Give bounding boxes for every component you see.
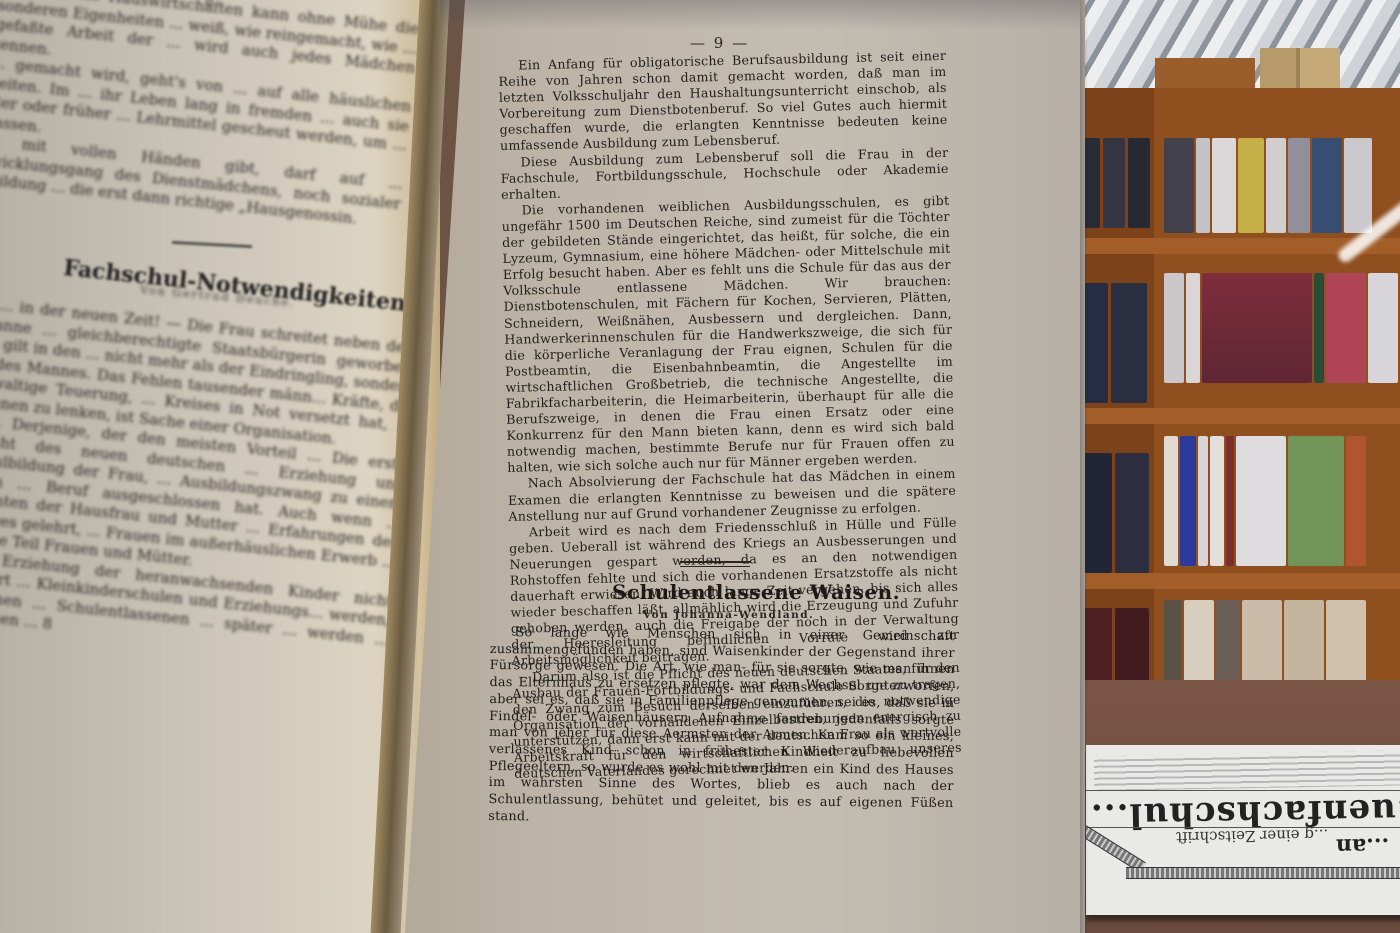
- brochure: ...uenfachschul... ...g einer Zeitschrif…: [1086, 745, 1400, 915]
- book-row: [1158, 138, 1400, 233]
- book-row: [1158, 600, 1400, 690]
- left-page: 8 Rezepte, das Hauswirtschaften kann ohn…: [0, 0, 440, 933]
- book-row: [1078, 283, 1150, 403]
- book-row: [1078, 138, 1150, 228]
- left-page-upper-text: Rezepte, das Hauswirtschaften kann ohne …: [0, 0, 420, 233]
- shelf-board: [1060, 408, 1400, 424]
- book-row: [1158, 273, 1400, 383]
- brochure-text-lines: [1094, 750, 1400, 791]
- brochure-subtitle: ...g einer Zeitschrift: [1176, 826, 1329, 847]
- bookshelf: [1060, 88, 1400, 698]
- article-title: Schulentlassene Waisen.: [612, 580, 900, 604]
- book-row: [1078, 608, 1150, 688]
- section-divider: [680, 561, 750, 567]
- shelf-board: [1060, 573, 1400, 589]
- ornamental-border: [1126, 867, 1400, 879]
- books-on-top-of-shelf: [1260, 48, 1340, 90]
- article-body: So lange wie Menschen sich in einer Geme…: [488, 625, 955, 829]
- section-divider: [172, 241, 252, 248]
- paragraph: Ein Anfang für obligatorische Berufsausb…: [498, 48, 948, 155]
- book-row: [1078, 453, 1150, 573]
- article-author: Von Johanna-Wendland.: [643, 609, 814, 621]
- paragraph: Die vorhandenen weiblichen Ausbildungssc…: [501, 193, 955, 477]
- right-page-number: — 9 —: [690, 34, 749, 52]
- book-row: [1158, 436, 1400, 566]
- paragraph: So lange wie Menschen sich in einer Geme…: [488, 625, 955, 829]
- brochure-title-fragment: ...an: [1336, 833, 1390, 860]
- left-page-lower-text: ... in der neuen Zeit! — Die Frau schrei…: [0, 294, 420, 670]
